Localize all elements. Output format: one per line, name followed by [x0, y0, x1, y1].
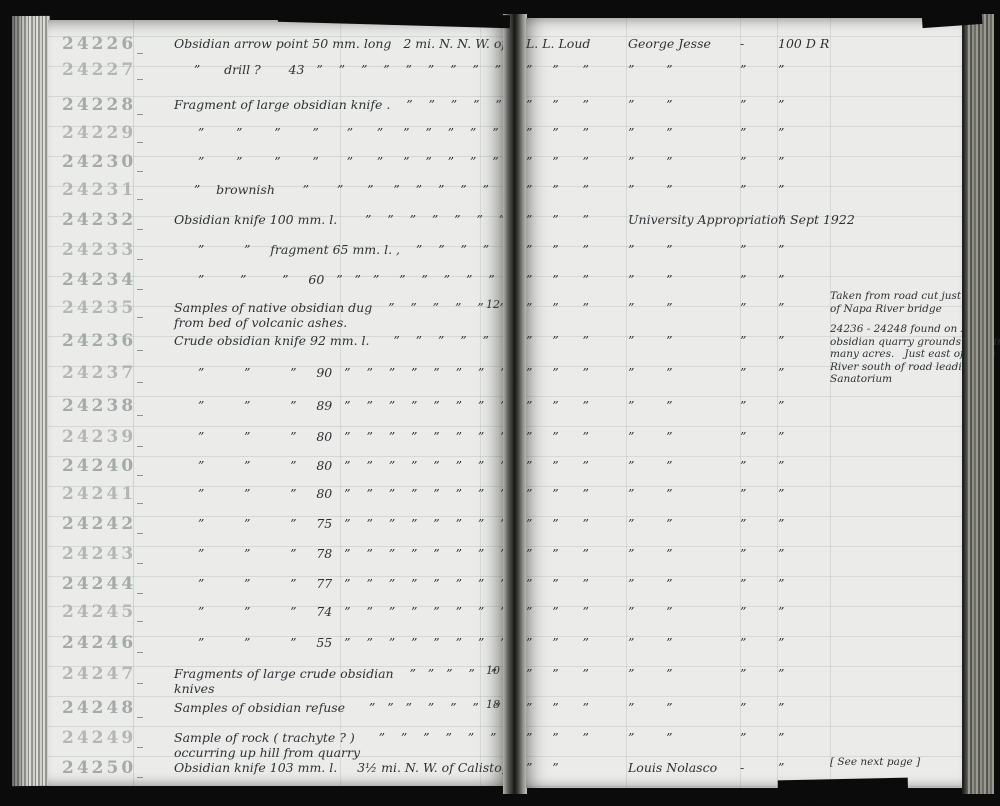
- film-border-wedge-bottom: [778, 778, 909, 806]
- ledger-row-left: 24233_ ” ” fragment 65 mm. l. , ” ” ” ” …: [48, 240, 504, 272]
- entry-count: 10: [486, 664, 500, 677]
- ledger-row-right: ” ” ”” ”””: [526, 484, 962, 516]
- ledger-row-right: ” ” ”” ”””: [526, 396, 962, 428]
- catalog-number-stamp: 24232: [62, 210, 136, 230]
- accession-cell: ”: [778, 730, 784, 745]
- entry-dash: _: [137, 186, 143, 200]
- ledger-right-page: L. L. LoudGeorge Jesse-100 D R” ” ”” ”””…: [526, 18, 962, 788]
- separator-cell: ”: [740, 546, 746, 561]
- donor-cell: ” ”: [628, 398, 673, 413]
- entry-dash: _: [137, 580, 143, 594]
- entry-dash: _: [137, 304, 143, 318]
- separator-cell: ”: [740, 333, 746, 348]
- accession-cell: ”: [778, 666, 784, 681]
- collector-cell: ” ” ”: [526, 516, 589, 531]
- accession-cell: ”: [778, 242, 784, 257]
- entry-description: ” ” ” 55 ” ” ” ” ” ” ” ”: [174, 635, 507, 650]
- ledger-row-left: 24248_Samples of obsidian refuse ” ” ” ”…: [48, 698, 504, 730]
- ledger-row-left: 24235_Samples of native obsidian dug ” ”…: [48, 298, 504, 330]
- donor-cell: ” ”: [628, 125, 673, 140]
- donor-cell: ” ”: [628, 154, 673, 169]
- entry-dash: _: [137, 66, 143, 80]
- separator-cell: ”: [740, 125, 746, 140]
- entry-description: ” ” ” 75 ” ” ” ” ” ” ” ”: [174, 516, 507, 531]
- ledger-row-right: ” ” ”” ”””: [526, 180, 962, 212]
- ledger-row-left: 24242_ ” ” ” 75 ” ” ” ” ” ” ” ”: [48, 514, 504, 546]
- ledger-row-right: ” ” ”” ”””: [526, 698, 962, 730]
- catalog-number-stamp: 24233: [62, 240, 136, 260]
- ledger-row-left: 24236_Crude obsidian knife 92 mm. l. ” ”…: [48, 331, 504, 363]
- ledger-row-left: 24246_ ” ” ” 55 ” ” ” ” ” ” ” ”: [48, 633, 504, 665]
- entry-dash: _: [137, 550, 143, 564]
- catalog-number-stamp: 24248: [62, 698, 136, 718]
- entry-dash: _: [137, 704, 143, 718]
- entry-dash: _: [137, 639, 143, 653]
- catalog-number-stamp: 24250: [62, 758, 136, 778]
- donor-cell: ” ”: [628, 62, 673, 77]
- separator-cell: ”: [740, 604, 746, 619]
- separator-cell: ”: [740, 429, 746, 444]
- catalog-number-stamp: 24247: [62, 664, 136, 684]
- accession-cell: ”: [778, 576, 784, 591]
- entry-description: ” brownish ” ” ” ” ” ” ” ” ”: [174, 182, 511, 197]
- donor-cell: ” ”: [628, 730, 673, 745]
- ledger-row-right: ” ” ”” ”””: [526, 60, 962, 92]
- entry-dash: _: [137, 608, 143, 622]
- collector-cell: ” ” ”: [526, 730, 589, 745]
- catalog-number-stamp: 24227: [62, 60, 136, 80]
- collector-cell: ” ” ”: [526, 272, 589, 287]
- catalog-number-stamp: 24235: [62, 298, 136, 318]
- collector-cell: ” ” ”: [526, 333, 589, 348]
- entry-description: ” ” ” 80 ” ” ” ” ” ” ” ”: [174, 458, 507, 473]
- ledger-row-left: 24241_ ” ” ” 80 ” ” ” ” ” ” ” ”: [48, 484, 504, 516]
- entry-dash: _: [137, 158, 143, 172]
- collector-cell: ” ” ”: [526, 486, 589, 501]
- separator-cell: -: [740, 36, 744, 51]
- collector-cell: ” ” ”: [526, 666, 589, 681]
- entry-description: Crude obsidian knife 92 mm. l. ” ” ” ” ”…: [174, 333, 511, 348]
- separator-cell: -: [740, 760, 744, 775]
- ledger-row-right: ” ” ”” ”””: [526, 427, 962, 459]
- ledger-scan: 24226_Obsidian arrow point 50 mm. long 2…: [0, 0, 1000, 806]
- catalog-number-stamp: 24229: [62, 123, 136, 143]
- separator-cell: ”: [740, 272, 746, 287]
- separator-cell: ”: [740, 458, 746, 473]
- accession-cell: ”: [778, 516, 784, 531]
- entry-description: Fragment of large obsidian knife . ” ” ”…: [174, 97, 546, 112]
- separator-cell: ”: [740, 365, 746, 380]
- entry-dash: _: [137, 520, 143, 534]
- collector-cell: ” ” ”: [526, 97, 589, 112]
- ledger-row-left: 24238_ ” ” ” 89 ” ” ” ” ” ” ” ”: [48, 396, 504, 428]
- accession-cell: ”: [778, 700, 784, 715]
- separator-cell: ”: [740, 635, 746, 650]
- separator-cell: ”: [740, 486, 746, 501]
- entry-description: ” ” fragment 65 mm. l. , ” ” ” ” ” ”: [174, 242, 534, 257]
- collector-cell: ” ” ”: [526, 365, 589, 380]
- catalog-number-stamp: 24240: [62, 456, 136, 476]
- collector-cell: ” ” ”: [526, 212, 589, 227]
- donor-cell: ” ”: [628, 666, 673, 681]
- separator-cell: ”: [740, 62, 746, 77]
- accession-cell: ”: [778, 97, 784, 112]
- catalog-number-stamp: 24239: [62, 427, 136, 447]
- entry-description: ” ” ” 90 ” ” ” ” ” ” ” ”: [174, 365, 507, 380]
- donor-cell: ” ”: [628, 700, 673, 715]
- entry-description: ” ” ” 78 ” ” ” ” ” ” ” ”: [174, 546, 507, 561]
- entry-dash: _: [137, 337, 143, 351]
- collector-cell: ” ” ”: [526, 182, 589, 197]
- collector-cell: ” ” ”: [526, 62, 589, 77]
- donor-cell: ” ”: [628, 300, 673, 315]
- entry-description: ” ” ” 89 ” ” ” ” ” ” ” ”: [174, 398, 507, 413]
- collector-cell: ” ” ”: [526, 125, 589, 140]
- ledger-row-left: 24232_Obsidian knife 100 mm. l. ” ” ” ” …: [48, 210, 504, 242]
- entry-description: ” ” ” 80 ” ” ” ” ” ” ” ”: [174, 486, 507, 501]
- book-gutter: [503, 14, 527, 794]
- collector-cell: ” ” ”: [526, 546, 589, 561]
- collector-cell: ” ”: [526, 760, 559, 775]
- separator-cell: ”: [740, 182, 746, 197]
- ledger-row-left: 24250_Obsidian knife 103 mm. l. 3½ mi. N…: [48, 758, 504, 790]
- catalog-number-stamp: 24241: [62, 484, 136, 504]
- donor-cell: ” ”: [628, 242, 673, 257]
- accession-cell: ”: [778, 272, 784, 287]
- ledger-row-right: ” ” ”” ”””: [526, 633, 962, 665]
- ledger-row-right: ” ” ”” ”””: [526, 544, 962, 576]
- entry-dash: _: [137, 433, 143, 447]
- entry-description: Obsidian knife 100 mm. l. ” ” ” ” ” ” ”: [174, 212, 505, 227]
- entry-description: Samples of obsidian refuse ” ” ” ” ” ” ”: [174, 700, 501, 715]
- ledger-row-right: ” ” ”” ”””: [526, 123, 962, 155]
- entry-dash: _: [137, 764, 143, 778]
- donor-cell: ” ”: [628, 546, 673, 561]
- accession-cell: ”: [778, 458, 784, 473]
- entry-description: Samples of native obsidian dug ” ” ” ” ”…: [174, 300, 528, 330]
- entry-description: ” drill ? 43 ” ” ” ” ” ” ” ” ”: [174, 62, 501, 77]
- entry-count: 12: [486, 298, 500, 311]
- entry-dash: _: [137, 246, 143, 260]
- collector-cell: ” ” ”: [526, 398, 589, 413]
- entry-description: ” ” ” ” ” ” ” ” ” ” ” ”: [174, 125, 521, 140]
- book-page-edges-left: [12, 16, 50, 786]
- separator-cell: ”: [740, 700, 746, 715]
- entry-count: 18: [486, 698, 500, 711]
- accession-cell: ”: [778, 635, 784, 650]
- catalog-number-stamp: 24244: [62, 574, 136, 594]
- entry-dash: _: [137, 276, 143, 290]
- ledger-row-right: ” ” ”University Appropriation Sept 1922”: [526, 210, 962, 242]
- ledger-row-right: ” ” ”” ”””: [526, 602, 962, 634]
- catalog-number-stamp: 24249: [62, 728, 136, 748]
- catalog-number-stamp: 24236: [62, 331, 136, 351]
- catalog-number-stamp: 24245: [62, 602, 136, 622]
- donor-cell: Louis Nolasco: [628, 760, 717, 775]
- separator-cell: ”: [740, 666, 746, 681]
- accession-cell: ”: [778, 365, 784, 380]
- entry-dash: _: [137, 490, 143, 504]
- entry-dash: _: [137, 369, 143, 383]
- collector-cell: ” ” ”: [526, 300, 589, 315]
- catalog-number-stamp: 24231: [62, 180, 136, 200]
- ledger-row-left: 24237_ ” ” ” 90 ” ” ” ” ” ” ” ”: [48, 363, 504, 395]
- donor-cell: ” ”: [628, 97, 673, 112]
- accession-cell: ”: [778, 546, 784, 561]
- separator-cell: ”: [740, 576, 746, 591]
- donor-cell: ” ”: [628, 182, 673, 197]
- collector-cell: ” ” ”: [526, 154, 589, 169]
- entry-dash: _: [137, 402, 143, 416]
- accession-cell: ”: [778, 760, 784, 775]
- ledger-row-right: ” ” ”” ”””: [526, 514, 962, 546]
- donor-cell: ” ”: [628, 458, 673, 473]
- accession-cell: ”: [778, 486, 784, 501]
- entry-description: ” ” ” ” ” ” ” ” ” ” ” ”: [174, 154, 521, 169]
- accession-cell: ”: [778, 212, 784, 227]
- entry-description: ” ” ” 60 ” ” ” ” ” ” ” ”: [174, 272, 495, 287]
- donor-cell: ” ”: [628, 576, 673, 591]
- separator-cell: ”: [740, 154, 746, 169]
- ledger-row-left: 24249_Sample of rock ( trachyte ? ) ” ” …: [48, 728, 504, 760]
- accession-cell: ”: [778, 604, 784, 619]
- entry-description: Sample of rock ( trachyte ? ) ” ” ” ” ” …: [174, 730, 519, 760]
- ledger-row-left: 24243_ ” ” ” 78 ” ” ” ” ” ” ” ”: [48, 544, 504, 576]
- collector-cell: ” ” ”: [526, 429, 589, 444]
- catalog-number-stamp: 24226: [62, 34, 136, 54]
- accession-cell: ”: [778, 333, 784, 348]
- accession-cell: ”: [778, 125, 784, 140]
- collector-cell: ” ” ”: [526, 576, 589, 591]
- accession-cell: ”: [778, 300, 784, 315]
- ledger-row-right: ” ” ”” ”””: [526, 664, 962, 696]
- donor-cell: ” ”: [628, 272, 673, 287]
- accession-cell: ”: [778, 429, 784, 444]
- collector-cell: ” ” ”: [526, 604, 589, 619]
- collector-cell: L. L. Loud: [526, 36, 590, 51]
- catalog-number-stamp: 24228: [62, 95, 136, 115]
- collector-cell: ” ” ”: [526, 458, 589, 473]
- accession-cell: ”: [778, 62, 784, 77]
- collector-cell: ” ” ”: [526, 700, 589, 715]
- margin-note: Taken from road cut just east of Napa Ri…: [830, 290, 962, 315]
- entry-dash: _: [137, 462, 143, 476]
- accession-cell: ”: [778, 154, 784, 169]
- accession-cell: 100 D R: [778, 36, 829, 51]
- ledger-row-left: 24245_ ” ” ” 74 ” ” ” ” ” ” ” ”: [48, 602, 504, 634]
- entry-dash: _: [137, 129, 143, 143]
- accession-cell: ”: [778, 398, 784, 413]
- separator-cell: ”: [740, 516, 746, 531]
- separator-cell: ”: [740, 730, 746, 745]
- collector-cell: ” ” ”: [526, 242, 589, 257]
- ledger-row-left: 24231_ ” brownish ” ” ” ” ” ” ” ” ”: [48, 180, 504, 212]
- book-fore-edge: [962, 14, 994, 794]
- entry-dash: _: [137, 40, 143, 54]
- separator-cell: ”: [740, 300, 746, 315]
- donor-cell: ” ”: [628, 486, 673, 501]
- collector-cell: ” ” ”: [526, 635, 589, 650]
- catalog-number-stamp: 24230: [62, 152, 136, 172]
- ledger-left-page: 24226_Obsidian arrow point 50 mm. long 2…: [48, 20, 504, 786]
- donor-cell: ” ”: [628, 604, 673, 619]
- donor-cell: George Jesse: [628, 36, 711, 51]
- catalog-number-stamp: 24237: [62, 363, 136, 383]
- entry-description: ” ” ” 77 ” ” ” ” ” ” ” ”: [174, 576, 507, 591]
- margin-note: [ See next page ]: [830, 756, 962, 769]
- entry-description: ” ” ” 74 ” ” ” ” ” ” ” ”: [174, 604, 507, 619]
- accession-cell: ”: [778, 182, 784, 197]
- margin-note: 24236 - 24248 found on Indian obsidian q…: [830, 323, 962, 386]
- ledger-row-left: 24229_ ” ” ” ” ” ” ” ” ” ” ” ”: [48, 123, 504, 155]
- entry-dash: _: [137, 734, 143, 748]
- donor-cell: University Appropriation Sept 1922: [628, 212, 855, 227]
- separator-cell: ”: [740, 398, 746, 413]
- ledger-row-left: 24239_ ” ” ” 80 ” ” ” ” ” ” ” ”: [48, 427, 504, 459]
- ledger-row-left: 24227_ ” drill ? 43 ” ” ” ” ” ” ” ” ”: [48, 60, 504, 92]
- separator-cell: ”: [740, 97, 746, 112]
- entry-dash: _: [137, 216, 143, 230]
- ledger-row-left: 24247_Fragments of large crude obsidian …: [48, 664, 504, 696]
- entry-dash: _: [137, 101, 143, 115]
- catalog-number-stamp: 24246: [62, 633, 136, 653]
- entry-dash: _: [137, 670, 143, 684]
- entry-description: ” ” ” 80 ” ” ” ” ” ” ” ”: [174, 429, 507, 444]
- donor-cell: ” ”: [628, 429, 673, 444]
- catalog-number-stamp: 24242: [62, 514, 136, 534]
- catalog-number-stamp: 24234: [62, 270, 136, 290]
- catalog-number-stamp: 24243: [62, 544, 136, 564]
- ledger-row-right: ” ” ”” ”””: [526, 240, 962, 272]
- donor-cell: ” ”: [628, 635, 673, 650]
- donor-cell: ” ”: [628, 365, 673, 380]
- separator-cell: ”: [740, 242, 746, 257]
- donor-cell: ” ”: [628, 333, 673, 348]
- catalog-number-stamp: 24238: [62, 396, 136, 416]
- donor-cell: ” ”: [628, 516, 673, 531]
